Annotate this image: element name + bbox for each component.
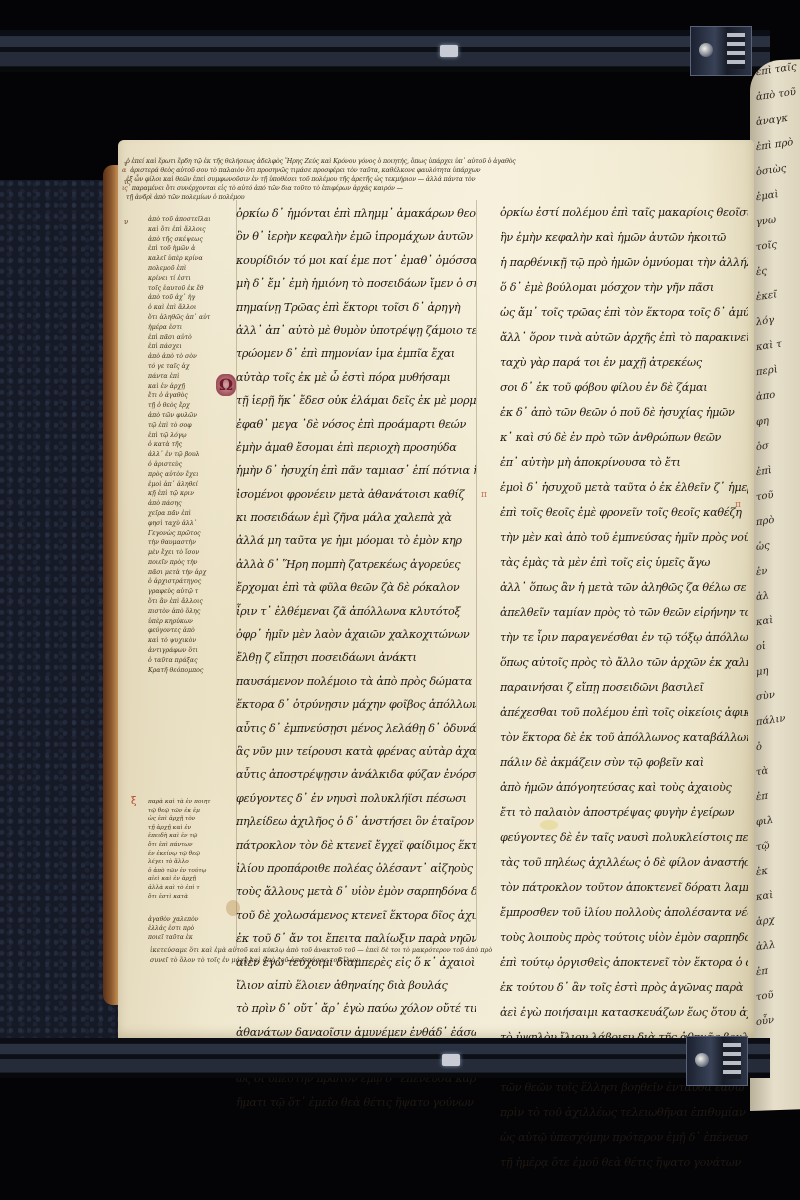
paraphrase-line: ἐπὶ τοῖς θεοῖς ἐμὲ φρονεῖν τοῖς θεοῖς κα… bbox=[500, 500, 748, 525]
facing-page-curl: ἐπὶ ταῖςἀπὸ τοῦἀναγκἐπὶ πρὸὁσιὼςἐμαὶγνωτ… bbox=[750, 59, 800, 1111]
scholion-text: ἀριστερά θεὸς αὐτοῦ σου τὸ παλαιὸν ὅτι π… bbox=[130, 166, 480, 174]
verse-line: ἐφαθ᾽ μεγα ᾽δὲ νόσος ἐπὶ προάμαρτι θεών bbox=[236, 413, 476, 436]
verse-line: ὀρκίω δ᾽ ἠμόνται ἐπὶ πλημμ᾽ ἀμακάρων θεο… bbox=[236, 202, 476, 225]
paraphrase-line: ὀρκίω ἐστί πολέμου ἐπὶ ταῖς μακαρίοις θε… bbox=[500, 200, 748, 225]
verse-line: ἶριν τ᾽ ἐλθέμεναι ζᾶ ἀπόλλωνα κλυτότοξ bbox=[236, 600, 476, 623]
scholion-line: τό γε ταῖς ἀχ bbox=[148, 362, 232, 372]
scholion-text: τῇ ἀνδρὶ ἀπὸ τῶν πολεμίων ὁ πολέμου bbox=[126, 193, 244, 201]
verse-line: αὐτὰρ τοῖς ἐκ μὲ ὦ ἐστὶ πόρα μυθήσαμι bbox=[236, 366, 476, 389]
scholion-line: τῷ ἐπὶ τὸ σοφ bbox=[148, 421, 232, 431]
scholion-line: ἀπὸ τῶν φυλῶν bbox=[148, 411, 232, 421]
scholion-line: ὁ ἀριστεὺς bbox=[148, 460, 232, 470]
scholion-line: συνεῖ τὸ ὅλον τὸ τοῖς ἐν μάχῃ καὶ ἀπὸ το… bbox=[150, 955, 740, 965]
verse-line: τῇ ἱερῇ ἥκ᾽ ἔδεσ οὐκ ἐλάμαι δεῖς ἐκ μὲ μ… bbox=[236, 389, 476, 412]
scholion-line: αἰεὶ καὶ ἐν ἀρχῇ bbox=[148, 875, 232, 884]
scholion-line: πιστὸν ἀπὸ ὅλης bbox=[148, 607, 232, 617]
ruling-line-middle bbox=[476, 200, 477, 940]
paraphrase-line: πάλιν δὲ ἀκμάζειν σὺν τῷ φοβεῖν καὶ bbox=[500, 750, 748, 775]
cradle-bracket-top bbox=[690, 26, 752, 76]
paraphrase-line: φεύγοντες δὲ ἐν ταῖς ναυσὶ πολυκλείστοις… bbox=[500, 825, 748, 850]
scholion-line: τῷ θεῷ τῶν ἐκ ἐμ bbox=[148, 807, 232, 816]
scholion-line: ὅτι ἂν ἐπὶ ἄλλοις bbox=[148, 597, 232, 607]
paraphrase-line: ἐκ τούτου δ᾽ ἂν τοῖς ἐστὶ πρὸς ἀγῶνας πα… bbox=[500, 975, 748, 1000]
verse-line: ἡμὴν δ᾽ ἡσυχίη ἐπὶ πᾶν ταμιασ᾽ ἐπί πότνι… bbox=[236, 459, 476, 482]
verse-line: ἀλλά μη ταῦτα γε ἡμι μόομαι τὸ ἐμὸν κηρ bbox=[236, 529, 476, 552]
scholion-line: κῇ ἐπὶ τῷ κριν bbox=[148, 489, 232, 499]
paraphrase-line: τὴν μὲν καὶ ἀπὸ τοῦ ἐμπνεύσας ἡμῖν πρὸς … bbox=[500, 525, 748, 550]
scholion-line: τοῖς ἑαυτοῦ ἐκ ἔθ bbox=[148, 284, 232, 294]
scholion-line: φεύγοντες ἀπὸ bbox=[148, 626, 232, 636]
scholia-bottom: ἱκετεύσαμε ὅτι καὶ ἐμὰ αὐτοῦ καὶ κύκλῳ ἀ… bbox=[150, 945, 740, 965]
verse-line: αὖτις ἀποστρέψῃσιν ἀνάλκιδα φύζαν ἐνόρσα… bbox=[236, 763, 476, 786]
verse-line: αὖτις δ᾽ ἐμπνεύσῃσι μένος λελάθῃ δ᾽ ὀδυν… bbox=[236, 717, 476, 740]
scholion-line: ἱκετεύσαμε ὅτι καὶ ἐμὰ αὐτοῦ καὶ κύκλῳ ἀ… bbox=[150, 945, 740, 955]
verse-line: ἰλίου προπάροιθε πολέας ὀλέσαντ᾽ αἰζηοὺς bbox=[236, 857, 476, 880]
verse-line: φεύγοντες δ᾽ ἐν νηυσὶ πολυκλήϊσι πέσωσι bbox=[236, 787, 476, 810]
scholion-line: ὅτι ἐστὶ κατὰ bbox=[148, 893, 232, 902]
paraphrase-line: τὴν τε ἶριν παραγενέσθαι ἐν τῷ τόξῳ ἀπόλ… bbox=[500, 625, 748, 650]
scholion-line: ἐμοὶ ἀπ᾽ ἀληθεί bbox=[148, 480, 232, 490]
scholion-line: ὠς ἐπὶ ἀρχῇ τὸν bbox=[148, 815, 232, 824]
scholion-line: ἀπὸ ἀπὸ τὸ σὸν bbox=[148, 352, 232, 362]
paraphrase-line: τὰς τοῦ πηλέως ἀχιλλέως ὁ δὲ φίλον ἀναστ… bbox=[500, 850, 748, 875]
verse-line: κι ποσειδάων ἐμὶ ζῆνα μάλα χαλεπὰ χὰ bbox=[236, 506, 476, 529]
scholion-line: μὲν ἔχει τὸ ἴσον bbox=[148, 548, 232, 558]
scholion-line: ἐπὶ πᾶσι αὐτὸ bbox=[148, 333, 232, 343]
scholion-line: καὶ ὅτι ἐπὶ ἄλλοις bbox=[148, 225, 232, 235]
paraphrase-line: ἡ παρθένικῇ τῷ πρὸ ἡμῶν ὀμνύομαι τὴν ἀλλ… bbox=[500, 250, 748, 275]
verse-line: ἔλθῃ ζ εἴπῃσι ποσειδάωνι ἀνάκτι bbox=[236, 646, 476, 669]
verse-line: ἕκτορα δ᾽ ὀτρύνῃσιν μάχην φοῖβος ἀπόλλων bbox=[236, 693, 476, 716]
scholion-line: ὁ ἀρχιστράτηγος bbox=[148, 577, 232, 587]
paraphrase-line: ὅπως αὐτοῖς πρὸς τὸ ἄλλο τῶν ἀρχῶν ἐκ χα… bbox=[500, 650, 748, 675]
scholion-line: φησὶ ταχὺ ἀλλ᾽ bbox=[148, 519, 232, 529]
verse-line: ἐμὴν ἀμαθ ἔσομαι ἐπὶ περιοχὴ προσηύδα bbox=[236, 436, 476, 459]
verse-line: ἀλλὰ δ᾽ Ἥρη πομπὴ ζατρεκέως ἀγορεύες bbox=[236, 553, 476, 576]
scholion-line: ὅτι ἐπὶ πάντων bbox=[148, 841, 232, 850]
scholion-text: ἐξ ὧν φίλοι καὶ θεῶν ἐπεὶ συμφωνοῦσιν ἐν… bbox=[126, 175, 475, 183]
scholion-line: ἀγαθὸν χαλεπὸν bbox=[148, 915, 238, 924]
paraphrase-line: σοι δ᾽ ἐκ τοῦ φόβου φίλου ἐν δὲ ζάμαι bbox=[500, 375, 748, 400]
scholion-line: ὁ ταῦτα πράξας bbox=[148, 656, 232, 666]
scholion-line: τῇ ὁ θεὸς ἔρχ bbox=[148, 401, 232, 411]
scholion-line: ἐλλάς ἐστι πρὸ bbox=[148, 924, 238, 933]
paraphrase-line: ὅ δ᾽ ἐμὲ βούλομαι μόσχον τὴν γῆν πᾶσι bbox=[500, 275, 748, 300]
scholion-line: ἀλλὰ καὶ τὸ ἐπὶ τ bbox=[148, 884, 232, 893]
main-text-column-left: ὀρκίω δ᾽ ἠμόνται ἐπὶ πλημμ᾽ ἀμακάρων θεο… bbox=[236, 202, 476, 1114]
margin-numeral: ν bbox=[124, 218, 128, 226]
bracket-teeth bbox=[727, 33, 745, 69]
verse-line: ἃς νῦν μιν τείρουσι κατὰ φρένας αὐτὰρ ἀχ… bbox=[236, 740, 476, 763]
verse-line: μὴ δ᾽ ἔμ᾽ ἐμὴ ἡμιόνη τὸ ποσειδάων ἴμεν ὁ… bbox=[236, 272, 476, 295]
rail-clip-top bbox=[440, 45, 458, 57]
paraphrase-line: ἐπ᾽ αὐτὴν μὴ ἀποκρίνουσα τὸ ἔτι bbox=[500, 450, 748, 475]
scholion-line: ιςπαραμένει ὅτι συνέρχονται εἰς τὸ αὐτό … bbox=[122, 184, 742, 193]
marginal-scholia-lower: παρὰ καὶ τὰ ἐν ποιηττῷ θεῷ τῶν ἐκ ἐμὠς ἐ… bbox=[148, 798, 232, 901]
scholion-line: ἐξ ὧν φίλοι καὶ θεῶν ἐπεὶ συμφωνοῦσιν ἐν… bbox=[122, 175, 742, 184]
bracket-teeth bbox=[723, 1043, 741, 1079]
verse-line: τὸ πρὶν δ᾽ οὔτ᾽ ἄρ᾽ ἐγὼ παύω χόλον οὔτέ … bbox=[236, 997, 476, 1020]
paraphrase-line: ὡς αὐτῷ ὑπεσχόμην πρότερον ἐμῇ δ᾽ ἐπένευ… bbox=[500, 1125, 748, 1150]
verse-line: ἴλιον αἰπὺ ἕλοιεν ἀθηναίης διὰ βουλάς bbox=[236, 974, 476, 997]
paraphrase-line: ὡς ἄμ᾽ τοῖς τρῶας ἐπὶ τὸν ἕκτορα τοῖς δ᾽… bbox=[500, 300, 748, 325]
marginal-scholia-bottom: ἀγαθὸν χαλεπὸνἐλλάς ἐστι πρὸποιεῖ ταῦτα … bbox=[148, 915, 238, 942]
scholion-line: ὁ κατὰ τῆς bbox=[148, 440, 232, 450]
paraphrase-line: τὸν ἕκτορα δὲ ἐκ τοῦ ἀπόλλωνος καταβάλλω… bbox=[500, 725, 748, 750]
scholion-line: πρὸς αὐτὸν ἔχει bbox=[148, 470, 232, 480]
scholion-line: ὅτι ἀληθῶς ἀπ᾽ αὐτ bbox=[148, 313, 232, 323]
scholion-line: ἀλλ᾽ ἐν τῷ βουλ bbox=[148, 450, 232, 460]
scholion-line: χεῖρα πᾶν ἐπὶ bbox=[148, 509, 232, 519]
rail-clip-bottom bbox=[442, 1054, 460, 1066]
cradle-rail-top bbox=[0, 30, 770, 72]
verse-line: παυσάμενον πολέμοιο τὰ ἀπὸ πρὸς δώματα ἱ… bbox=[236, 670, 476, 693]
scholion-line: ποιεῖν πρὸς τὴν bbox=[148, 558, 232, 568]
scholion-line: ἐν ἐκείνῳ τῷ θεῷ bbox=[148, 850, 232, 859]
paraphrase-line: ἐμοὶ δ᾽ ἡσυχοῦ μετὰ ταῦτα ὁ ἐκ ἐλθεῖν ζ᾽… bbox=[500, 475, 748, 500]
scholion-line: Κρατῆ θεόπομπος bbox=[148, 666, 232, 676]
red-margin-mark: π bbox=[481, 490, 487, 500]
scholion-line: κρίνει τί ἐστι bbox=[148, 274, 232, 284]
scholion-text: ῥ ἐπεί καὶ ἔρωτι ἔρδη τῷ ἐκ τῆς θελήσεως… bbox=[126, 157, 516, 165]
paraphrase-line: ἔμπροσθεν τοῦ ἰλίου πολλοὺς ἀπολέσαντα ν… bbox=[500, 900, 748, 925]
paraphrase-line: ἀπέχεσθαι τοῦ πολέμου ἐπὶ τοῖς οἰκείοις … bbox=[500, 700, 748, 725]
paraphrase-line: πρὶν τὸ τοῦ ἀχιλλέως τελειωθῆναι ἐπιθυμί… bbox=[500, 1100, 748, 1125]
scholion-line: ἀπὸ τοῦ ἀχ᾽ ἠγ bbox=[148, 293, 232, 303]
verse-line: ὀφρ᾽ ἡμῖν μὲν λαὸν ἀχαιῶν χαλκοχιτώνων bbox=[236, 623, 476, 646]
scholion-line: ἐπὶ πάσχει bbox=[148, 342, 232, 352]
scholion-line: Γεγονὼς πρῶτος bbox=[148, 529, 232, 539]
scholion-line: ἀπὸ πάσης bbox=[148, 499, 232, 509]
main-text-column-right: ὀρκίω ἐστί πολέμου ἐπὶ ταῖς μακαρίοις θε… bbox=[500, 200, 748, 1175]
scholion-line: τῇ ἀρχῇ καὶ ἐν bbox=[148, 824, 232, 833]
paraphrase-line: παραινήσαι ζ εἴπῃ ποσειδῶνι βασιλεῖ bbox=[500, 675, 748, 700]
scholion-line: ποιεῖ ταῦτα ἐκ bbox=[148, 933, 238, 942]
red-decorated-initial: Ω bbox=[216, 374, 236, 396]
paraphrase-line: τὰς ἐμὰς τὰ μὲν ἐπὶ τοῖς εἰς ὑμεῖς ἄγω bbox=[500, 550, 748, 575]
red-margin-mark: π bbox=[735, 500, 741, 510]
verse-line: πηλείδεω ἀχιλῆος ὁ δ᾽ ἀνστήσει ὃν ἑταῖρο… bbox=[236, 810, 476, 833]
scholion-line: ἀπὸ τῆς σκέψεως bbox=[148, 235, 232, 245]
scholion-line: αἀριστερά θεὸς αὐτοῦ σου τὸ παλαιὸν ὅτι … bbox=[122, 166, 742, 175]
paraphrase-line: κ᾽ καὶ σύ δὲ ἐν πρὸ τῶν ἀνθρώπων θεῶν bbox=[500, 425, 748, 450]
paraphrase-line: τῇ ἡμέρᾳ ὅτε ἐμοῦ θεὰ θέτις ἥψατο γονάτω… bbox=[500, 1150, 748, 1175]
verse-line: κουρίδιόν τό μοι καί ἐμε ποτ᾽ ἐμαθ᾽ ὁμόσ… bbox=[236, 249, 476, 272]
scholion-text: παραμένει ὅτι συνέρχονται εἰς τὸ αὐτό ἀπ… bbox=[132, 184, 403, 192]
paraphrase-line: ἀεὶ ἐγὼ ποιήσαιμι κατασκευάζων ἕως ὅτου … bbox=[500, 1000, 748, 1025]
margin-numeral: ι bbox=[124, 160, 127, 168]
scholion-line: καὶ τὸ ψυχικὸν bbox=[148, 636, 232, 646]
scholion-line: ῥ ἐπεί καὶ ἔρωτι ἔρδη τῷ ἐκ τῆς θελήσεως… bbox=[122, 157, 742, 166]
scholion-line: πᾶσι μετὰ τὴν ἀρχ bbox=[148, 568, 232, 578]
margin-numeral: ις bbox=[124, 178, 131, 186]
paraphrase-line: ἀλλ᾽ ὅπως ἂν ἡ μετὰ τῶν ἀληθῶς ζα θέλω σ… bbox=[500, 575, 748, 600]
verse-line: ὃν θ᾽ ἱερὴν κεφαλὴν ἐμῶ ἱπρομάχων ἀυτῶν bbox=[236, 225, 476, 248]
bolt-icon bbox=[699, 43, 713, 57]
verse-line: πημαίνῃ Τρῶας ἐπὶ ἕκτορι τοῖσι δ᾽ ἀρηγὴ bbox=[236, 296, 476, 319]
red-numeral-mark: ξ bbox=[131, 796, 137, 807]
scholion-line: ὑπὲρ κηρύκων bbox=[148, 617, 232, 627]
verse-line: τρώομεν δ᾽ ἐπὶ πημονίαν ἱμα ἐμπῖα ἔχαι bbox=[236, 342, 476, 365]
cradle-bracket-bottom bbox=[686, 1036, 748, 1086]
verse-line: ἔρχομαι ἐπὶ τὰ φῦλα θεῶν ζὰ δὲ ρόκαλον bbox=[236, 576, 476, 599]
cradle-rail-bottom bbox=[0, 1038, 770, 1078]
verse-line: τοὺς ἄλλους μετὰ δ᾽ υἱὸν ἐμὸν σαρπηδόνα … bbox=[236, 880, 476, 903]
verse-line: ἀλλ᾽ ἀπ᾽ αὐτὸ μὲ θυμὸν ὑποτρέψῃ ζάμοιο τ… bbox=[236, 319, 476, 342]
scholia-top: ῥ ἐπεί καὶ ἔρωτι ἔρδη τῷ ἐκ τῆς θελήσεως… bbox=[122, 157, 742, 202]
scholion-line: πολεμοῦ ἐπὶ bbox=[148, 264, 232, 274]
scholion-line: παρὰ καὶ τὰ ἐν ποιητ bbox=[148, 798, 232, 807]
scholion-line: καλεῖ ὑπὲρ κρίνα bbox=[148, 254, 232, 264]
marginal-scholia-upper: ἀπὸ τοῦ ἀποστεῖλαικαὶ ὅτι ἐπὶ ἄλλοιςἀπὸ … bbox=[148, 215, 232, 675]
verse-line: πάτροκλον τὸν δὲ κτενεῖ ἔγχεϊ φαίδιμος ἕ… bbox=[236, 834, 476, 857]
paraphrase-line: ταχὺ γὰρ παρά τοι ἐν μαχῇ ἀτρεκέως bbox=[500, 350, 748, 375]
scholion-line: γραφεὺς αὐτῷ τ bbox=[148, 587, 232, 597]
scholion-line: ἡμέρα ἐστι bbox=[148, 323, 232, 333]
paraphrase-line: τὸν πάτροκλον τοῦτον ἀποκτενεῖ δόρατι λα… bbox=[500, 875, 748, 900]
paraphrase-line: ἀπελθεῖν ταμίαν πρὸς τὸ τῶν θεῶν εἰρήνην… bbox=[500, 600, 748, 625]
scholion-line: ἐπειδὴ καὶ ἐν τῷ bbox=[148, 832, 232, 841]
scholion-line: ἐπὶ τοῦ ἡμῶν ἀ bbox=[148, 244, 232, 254]
paraphrase-line: ἐκ δ᾽ ἀπὸ τῶν θεῶν ὁ ποῦ δὲ ἡσυχίας ἡμῶν bbox=[500, 400, 748, 425]
paraphrase-line: ἄλλ᾽ ὅρον τινὰ αὐτῶν ἀρχῆς ἐπὶ τὸ παρακι… bbox=[500, 325, 748, 350]
scholion-line: ἀπὸ τοῦ ἀποστεῖλαι bbox=[148, 215, 232, 225]
scholion-line: τὴν θαυμαστὴν bbox=[148, 538, 232, 548]
verse-line: ἤματι τῷ ὅτ᾽ ἐμεῖο θεὰ θέτις ἥψατο γούνω… bbox=[236, 1091, 476, 1114]
scholion-line: ὁ καὶ ἐπὶ ἄλλοι bbox=[148, 303, 232, 313]
scholion-line: ἐπὶ τῷ λόγῳ bbox=[148, 431, 232, 441]
scholion-line: ἀντιγράφων ὅτι bbox=[148, 646, 232, 656]
paraphrase-line: ἔτι τὸ παλαιὸν ἀποστρέψας φυγὴν ἐγείρων bbox=[500, 800, 748, 825]
bolt-icon bbox=[695, 1053, 709, 1067]
verse-line: ἰσομένοι φρονέειν μετὰ ἀθανάτοισι καθίζ bbox=[236, 483, 476, 506]
paraphrase-line: ἣν ἐμὴν κεφαλὴν καὶ ἡμῶν ἀυτῶν ἠκοιτῶ bbox=[500, 225, 748, 250]
verse-line: τοῦ δὲ χολωσάμενος κτενεῖ ἕκτορα δῖος ἀχ… bbox=[236, 904, 476, 927]
paraphrase-line: ἀπὸ ἡμῶν ἀπόγοητεύσας καὶ τοὺς ἀχαιοὺς bbox=[500, 775, 748, 800]
scholion-line: ὁ ἀπὸ τῶν ἐν τούτῳ bbox=[148, 867, 232, 876]
scholion-line: λέγει τὸ ἄλλο bbox=[148, 858, 232, 867]
